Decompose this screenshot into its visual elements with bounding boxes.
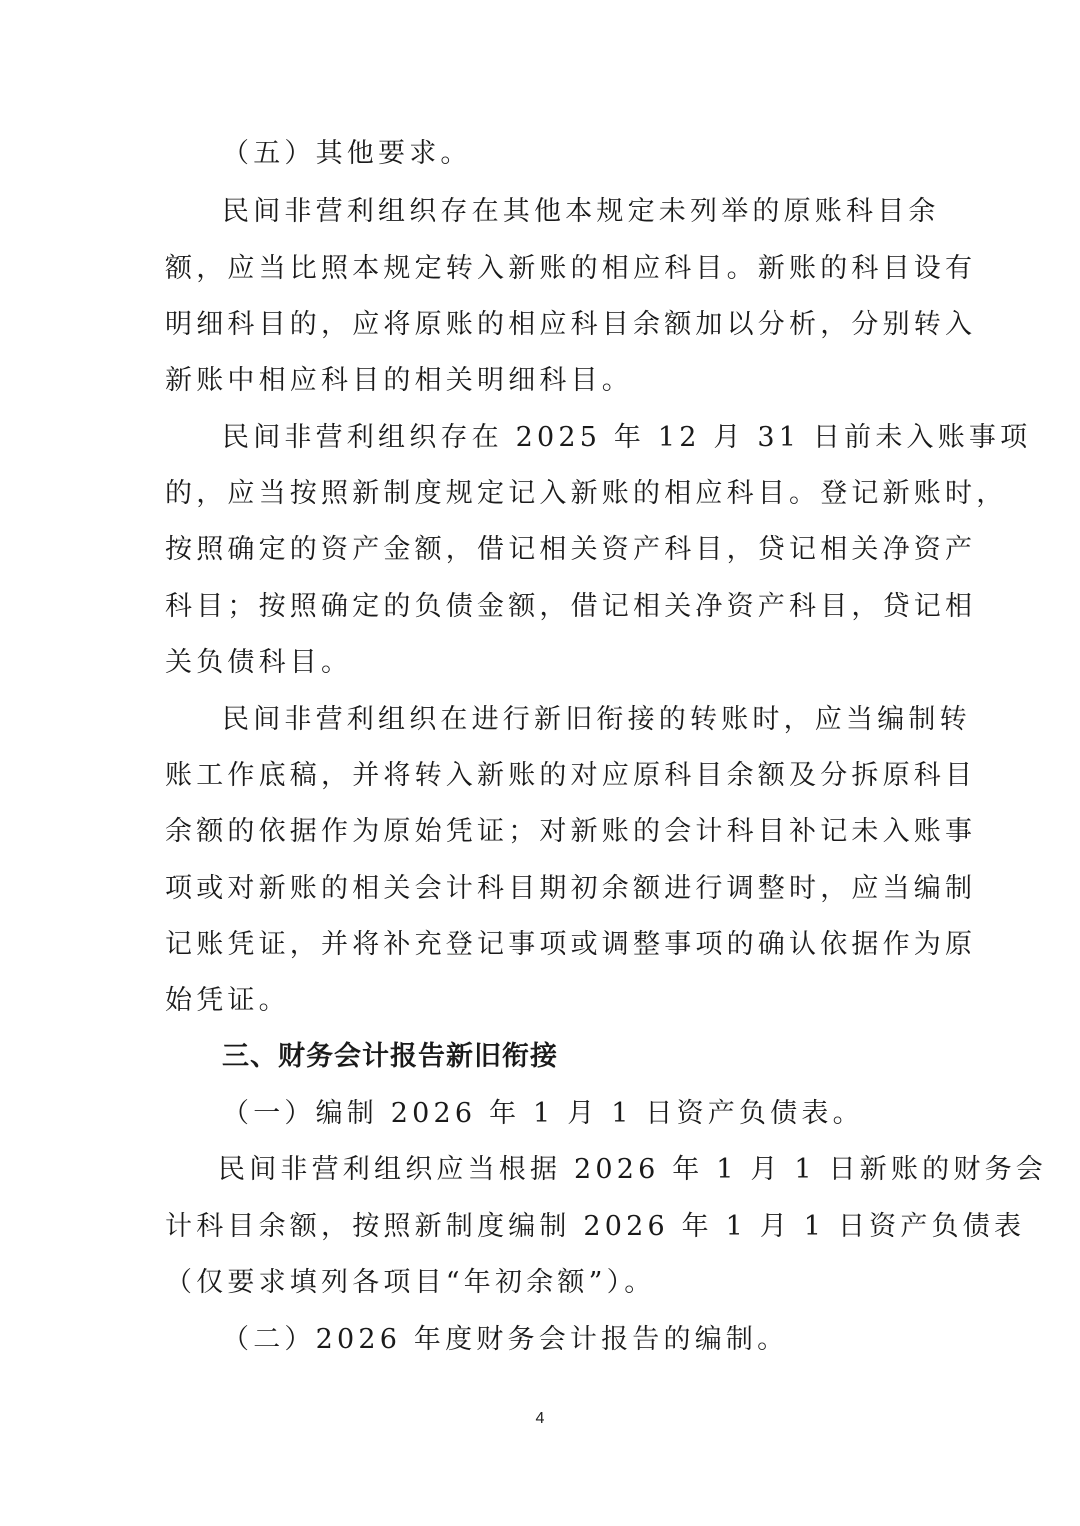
subsection-title-annual-report: （二）2026 年度财务会计报告的编制。 [222,1320,788,1360]
document-page: （五）其他要求。 民间非营利组织存在其他本规定未列举的原账科目余 额，应当比照本… [0,0,1080,1526]
paragraph-line: 余额的依据作为原始凭证；对新账的会计科目补记未入账事 [165,812,915,852]
paragraph-line: 民间非营利组织在进行新旧衔接的转账时，应当编制转 [222,700,915,740]
paragraph-line: 记账凭证，并将补充登记事项或调整事项的确认依据作为原 [165,925,915,965]
subsection-title-other-requirements: （五）其他要求。 [222,134,472,174]
paragraph-line: 关负债科目。 [165,643,915,683]
section-heading: 三、财务会计报告新旧衔接 [222,1037,558,1077]
paragraph-line: 账工作底稿，并将转入新账的对应原科目余额及分拆原科目 [165,756,915,796]
paragraph-line: 计科目余额，按照新制度编制 2026 年 1 月 1 日资产负债表 [165,1207,915,1247]
paragraph-line: 民间非营利组织存在 2025 年 12 月 31 日前未入账事项 [222,418,915,458]
paragraph-line: 科目；按照确定的负债金额，借记相关净资产科目，贷记相 [165,587,915,627]
paragraph-line: 新账中相应科目的相关明细科目。 [165,361,915,401]
paragraph-line: （仅要求填列各项目“年初余额”）。 [165,1263,915,1303]
paragraph-line: 按照确定的资产金额，借记相关资产科目，贷记相关净资产 [165,530,915,570]
paragraph-line: 明细科目的，应将原账的相应科目余额加以分析，分别转入 [165,305,915,345]
paragraph-line: 的，应当按照新制度规定记入新账的相应科目。登记新账时， [165,474,915,514]
paragraph-line: 项或对新账的相关会计科目期初余额进行调整时，应当编制 [165,869,915,909]
paragraph-line: 额，应当比照本规定转入新账的相应科目。新账的科目设有 [165,249,915,289]
paragraph-line: 民间非营利组织存在其他本规定未列举的原账科目余 [222,192,915,232]
paragraph-line: 民间非营利组织应当根据 2026 年 1 月 1 日新账的财务会 [218,1150,915,1190]
paragraph-line: 始凭证。 [165,981,915,1021]
subsection-title-balance-sheet: （一）编制 2026 年 1 月 1 日资产负债表。 [222,1094,864,1134]
page-number: 4 [0,1410,1080,1428]
